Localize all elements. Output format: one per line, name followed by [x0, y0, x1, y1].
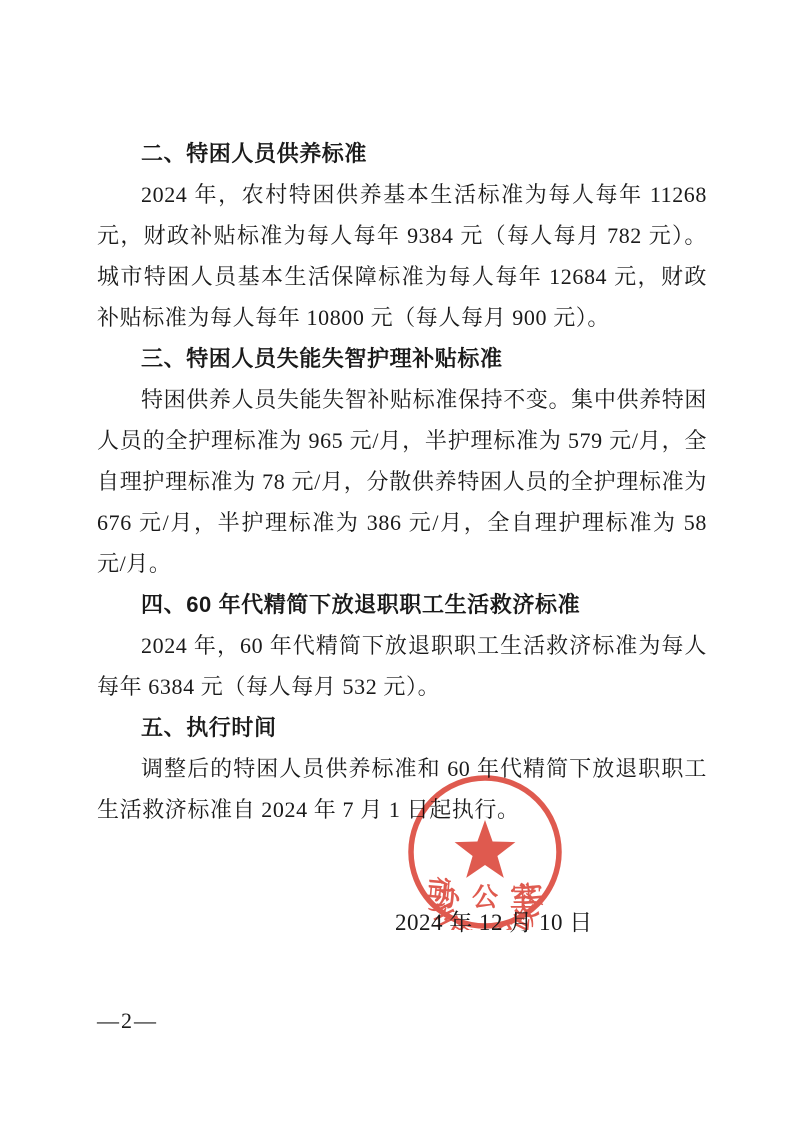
issue-date: 2024 年 12 月 10 日: [395, 904, 593, 937]
section-paragraph: 特困供养人员失能失智补贴标准保持不变。集中供养特困人员的全护理标准为 965 元…: [97, 379, 707, 584]
section-paragraph: 2024 年，60 年代精简下放退职职工生活救济标准为每人每年 6384 元（每…: [97, 625, 707, 707]
document-section: 四、60 年代精简下放退职职工生活救济标准 2024 年，60 年代精简下放退职…: [97, 584, 707, 707]
document-page: 二、特困人员供养标准 2024 年，农村特困供养基本生活标准为每人每年 1126…: [0, 0, 793, 1122]
section-heading: 二、特困人员供养标准: [97, 133, 707, 174]
section-heading: 四、60 年代精简下放退职职工生活救济标准: [97, 584, 707, 625]
section-heading: 三、特困人员失能失智护理补贴标准: [97, 338, 707, 379]
document-section: 五、执行时间 调整后的特困人员供养标准和 60 年代精简下放退职职工生活救济标准…: [97, 707, 707, 830]
page-number: —2—: [97, 1008, 158, 1034]
document-body: 二、特困人员供养标准 2024 年，农村特困供养基本生活标准为每人每年 1126…: [97, 133, 707, 830]
section-paragraph: 2024 年，农村特困供养基本生活标准为每人每年 11268 元，财政补贴标准为…: [97, 174, 707, 338]
document-section: 二、特困人员供养标准 2024 年，农村特困供养基本生活标准为每人每年 1126…: [97, 133, 707, 338]
section-heading: 五、执行时间: [97, 707, 707, 748]
section-paragraph: 调整后的特困人员供养标准和 60 年代精简下放退职职工生活救济标准自 2024 …: [97, 748, 707, 830]
document-section: 三、特困人员失能失智护理补贴标准 特困供养人员失能失智补贴标准保持不变。集中供养…: [97, 338, 707, 584]
star-icon: [455, 820, 516, 878]
